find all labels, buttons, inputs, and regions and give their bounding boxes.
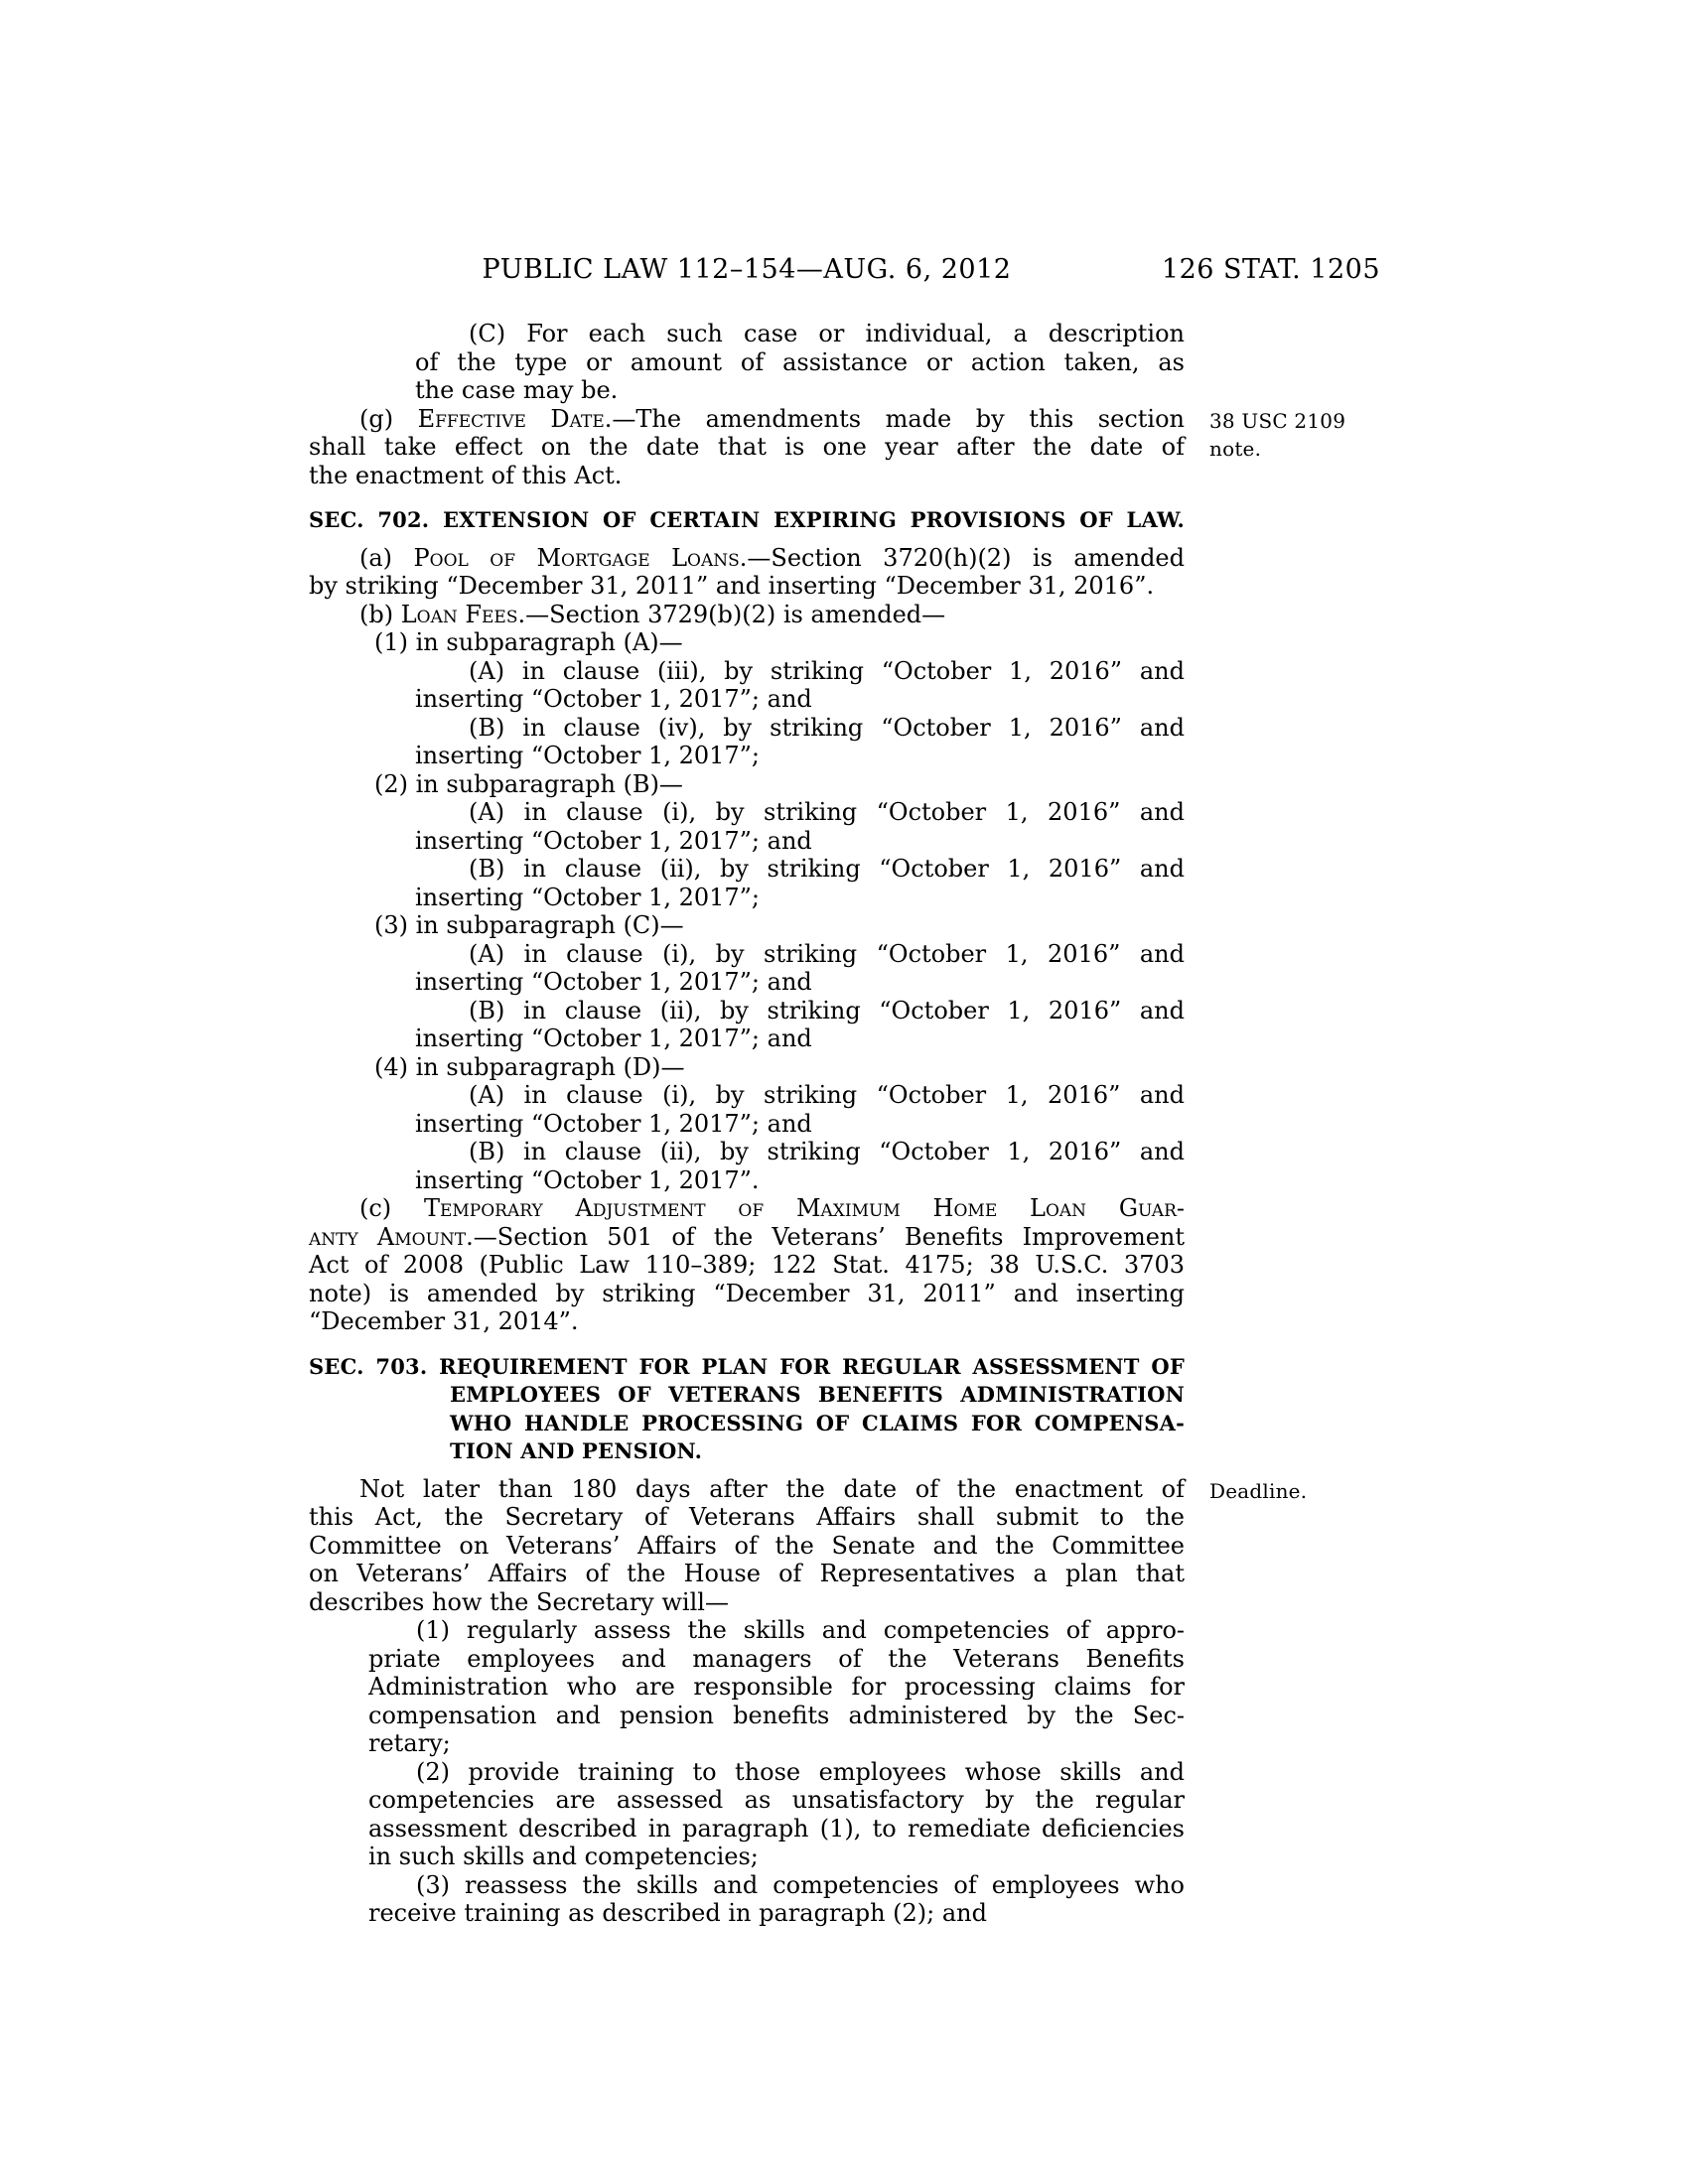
text-segment: SEC. 702. EXTENSION OF CERTAIN EXPIRING … xyxy=(309,507,1185,532)
text-segment: Not later than 180 days after the date o… xyxy=(359,1475,1185,1503)
text-segment: (A) in clause (iii), by striking “Octobe… xyxy=(469,657,1185,685)
document-page: PUBLIC LAW 112–154—AUG. 6, 2012 126 STAT… xyxy=(0,0,1688,2184)
text-segment: (c) T xyxy=(359,1194,440,1222)
text-segment: inserting “October 1, 2017”; and xyxy=(415,685,812,713)
body-line: (1) in subparagraph (A)— xyxy=(309,628,1185,657)
text-segment: Administration who are responsible for p… xyxy=(368,1673,1185,1701)
text-segment: WHO HANDLE PROCESSING OF CLAIMS FOR COMP… xyxy=(450,1411,1185,1435)
body-line: the enactment of this Act. xyxy=(309,462,1185,490)
section-heading-line: TION AND PENSION. xyxy=(309,1437,1185,1466)
text-segment: (3) reassess the skills and competencies… xyxy=(416,1871,1185,1899)
text-segment: (a) P xyxy=(359,544,430,572)
text-segment: shall take effect on the date that is on… xyxy=(309,433,1185,461)
text-segment: inserting “October 1, 2017”. xyxy=(415,1166,760,1194)
body-line: assessment described in paragraph (1), t… xyxy=(309,1815,1185,1843)
body-line: (A) in clause (i), by striking “October … xyxy=(309,798,1185,827)
text-segment: .—Section 3729(b)(2) is amended— xyxy=(518,601,946,628)
body-line: Administration who are responsible for p… xyxy=(309,1673,1185,1702)
section-heading-line: WHO HANDLE PROCESSING OF CLAIMS FOR COMP… xyxy=(309,1410,1185,1438)
text-segment: (C) For each such case or individual, a … xyxy=(469,320,1185,347)
body-line: on Veterans’ Affairs of the House of Rep… xyxy=(309,1560,1185,1588)
body-line: (A) in clause (iii), by striking “Octobe… xyxy=(309,657,1185,686)
body-line: inserting “October 1, 2017”; and xyxy=(309,827,1185,856)
section-heading-line: EMPLOYEES OF VETERANS BENEFITS ADMINISTR… xyxy=(309,1381,1185,1410)
body-line: note) is amended by striking “December 3… xyxy=(309,1280,1185,1308)
body-line: Committee on Veterans’ Affairs of the Se… xyxy=(309,1532,1185,1561)
body-line: (a) Pool of Mortgage Loans.—Section 3720… xyxy=(309,544,1185,573)
text-segment: retary; xyxy=(368,1729,451,1757)
body-line: inserting “October 1, 2017”; and xyxy=(309,1110,1185,1139)
text-segment: “December 31, 2014”. xyxy=(309,1307,579,1335)
text-column: (C) For each such case or individual, a … xyxy=(309,320,1185,1928)
body-line: Not later than 180 days after the date o… xyxy=(309,1475,1185,1504)
body-line: (g) Effective Date.—The amendments made … xyxy=(309,405,1185,434)
text-segment: (B) in clause (ii), by striking “October… xyxy=(469,997,1185,1024)
text-segment: .—Section 501 of the Veterans’ Benefits … xyxy=(466,1223,1185,1251)
body-line: (3) in subparagraph (C)— xyxy=(309,911,1185,940)
text-segment: inserting “October 1, 2017”; and xyxy=(415,968,812,996)
text-segment: (2) provide training to those employees … xyxy=(416,1758,1185,1786)
body-line: (b) Loan Fees.—Section 3729(b)(2) is ame… xyxy=(309,601,1185,629)
body-line: (A) in clause (i), by striking “October … xyxy=(309,1081,1185,1110)
body-line: receive training as described in paragra… xyxy=(309,1899,1185,1928)
body-line: (1) regularly assess the skills and comp… xyxy=(309,1616,1185,1645)
text-segment: (B) in clause (iv), by striking “October… xyxy=(469,714,1185,742)
text-segment: describes how the Secretary will— xyxy=(309,1588,729,1616)
body-line: in such skills and competencies; xyxy=(309,1843,1185,1871)
text-segment: on Veterans’ Affairs of the House of Rep… xyxy=(309,1560,1185,1587)
text-segment: (g) E xyxy=(359,405,435,433)
small-caps-text: ool of Mortgage Loans xyxy=(430,544,740,572)
text-segment: (b) L xyxy=(359,601,417,628)
text-segment: (4) in subparagraph (D)— xyxy=(374,1053,685,1081)
text-segment: compensation and pension benefits admini… xyxy=(368,1702,1185,1729)
text-segment: priate employees and managers of the Vet… xyxy=(368,1645,1185,1673)
text-segment: the enactment of this Act. xyxy=(309,462,622,489)
body-line: (3) reassess the skills and competencies… xyxy=(309,1871,1185,1900)
text-segment: (1) in subparagraph (A)— xyxy=(374,628,683,656)
body-line: retary; xyxy=(309,1729,1185,1758)
body-line: inserting “October 1, 2017”; xyxy=(309,742,1185,770)
body-line: inserting “October 1, 2017”. xyxy=(309,1166,1185,1195)
text-segment: inserting “October 1, 2017”; xyxy=(415,884,760,911)
text-segment: Committee on Veterans’ Affairs of the Se… xyxy=(309,1532,1185,1560)
body-line: describes how the Secretary will— xyxy=(309,1588,1185,1617)
small-caps-text: emporary Adjustment of Maximum Home Loan… xyxy=(440,1194,1185,1222)
body-line: (c) Temporary Adjustment of Maximum Home… xyxy=(309,1194,1185,1223)
text-segment: assessment described in paragraph (1), t… xyxy=(368,1815,1185,1843)
text-segment: (1) regularly assess the skills and comp… xyxy=(416,1616,1185,1644)
body-line: (B) in clause (ii), by striking “October… xyxy=(309,1138,1185,1166)
section-heading-line: SEC. 702. EXTENSION OF CERTAIN EXPIRING … xyxy=(309,506,1185,535)
body-line: “December 31, 2014”. xyxy=(309,1307,1185,1336)
page-header-stat-number: 126 STAT. 1205 xyxy=(1162,254,1380,285)
body-line: of the type or amount of assistance or a… xyxy=(309,348,1185,377)
text-segment: (A) in clause (i), by striking “October … xyxy=(469,1081,1185,1109)
text-segment: inserting “October 1, 2017”; xyxy=(415,742,760,769)
text-segment: EMPLOYEES OF VETERANS BENEFITS ADMINISTR… xyxy=(450,1382,1185,1407)
body-line: priate employees and managers of the Vet… xyxy=(309,1645,1185,1674)
body-line: inserting “October 1, 2017”; and xyxy=(309,1024,1185,1053)
text-segment: inserting “October 1, 2017”; and xyxy=(415,1110,812,1138)
text-segment: the case may be. xyxy=(415,376,618,404)
text-segment: TION AND PENSION. xyxy=(450,1438,702,1463)
body-line: by striking “December 31, 2011” and inse… xyxy=(309,572,1185,601)
body-line: (C) For each such case or individual, a … xyxy=(309,320,1185,348)
text-segment: (B) in clause (ii), by striking “October… xyxy=(469,1138,1185,1165)
text-segment: (3) in subparagraph (C)— xyxy=(374,911,684,939)
body-line: Act of 2008 (Public Law 110–389; 122 Sta… xyxy=(309,1251,1185,1280)
body-line: compensation and pension benefits admini… xyxy=(309,1702,1185,1730)
text-segment: inserting “October 1, 2017”; and xyxy=(415,827,812,855)
body-line: the case may be. xyxy=(309,376,1185,405)
text-segment: .—The amendments made by this section xyxy=(605,405,1185,433)
body-line: inserting “October 1, 2017”; and xyxy=(309,685,1185,714)
text-segment: this Act, the Secretary of Veterans Affa… xyxy=(309,1503,1185,1531)
small-caps-text: ffective Date xyxy=(435,405,605,433)
body-line: competencies are assessed as unsatisfact… xyxy=(309,1786,1185,1815)
text-segment: note) is amended by striking “December 3… xyxy=(309,1280,1185,1307)
text-segment: (A) in clause (i), by striking “October … xyxy=(469,940,1185,968)
margin-note: Deadline. xyxy=(1209,1478,1438,1504)
body-line: this Act, the Secretary of Veterans Affa… xyxy=(309,1503,1185,1532)
text-segment: in such skills and competencies; xyxy=(368,1843,759,1870)
body-line: (B) in clause (iv), by striking “October… xyxy=(309,714,1185,743)
small-caps-text: oan Fees xyxy=(417,601,518,628)
body-line: inserting “October 1, 2017”; xyxy=(309,884,1185,912)
text-segment: Act of 2008 (Public Law 110–389; 122 Sta… xyxy=(309,1251,1185,1279)
text-segment: (2) in subparagraph (B)— xyxy=(374,770,683,798)
text-segment: (B) in clause (ii), by striking “October… xyxy=(469,855,1185,883)
body-line: (2) in subparagraph (B)— xyxy=(309,770,1185,799)
body-line: inserting “October 1, 2017”; and xyxy=(309,968,1185,997)
page-header-law-title: PUBLIC LAW 112–154—AUG. 6, 2012 xyxy=(309,254,1185,285)
body-line: (4) in subparagraph (D)— xyxy=(309,1053,1185,1082)
margin-note: note. xyxy=(1209,436,1438,462)
text-segment: by striking “December 31, 2011” and inse… xyxy=(309,572,1154,600)
section-heading-line: SEC. 703. REQUIREMENT FOR PLAN FOR REGUL… xyxy=(309,1353,1185,1382)
margin-note: 38 USC 2109 xyxy=(1209,408,1438,434)
body-line: anty Amount.—Section 501 of the Veterans… xyxy=(309,1223,1185,1252)
body-line: shall take effect on the date that is on… xyxy=(309,433,1185,462)
body-line: (B) in clause (ii), by striking “October… xyxy=(309,997,1185,1025)
text-segment: .—Section 3720(h)(2) is amended xyxy=(740,544,1185,572)
small-caps-text: anty Amount xyxy=(309,1223,466,1251)
text-segment: receive training as described in paragra… xyxy=(368,1899,987,1927)
text-segment: competencies are assessed as unsatisfact… xyxy=(368,1786,1185,1814)
text-segment: SEC. 703. REQUIREMENT FOR PLAN FOR REGUL… xyxy=(309,1354,1185,1379)
text-segment: (A) in clause (i), by striking “October … xyxy=(469,798,1185,826)
body-line: (A) in clause (i), by striking “October … xyxy=(309,940,1185,969)
body-line: (B) in clause (ii), by striking “October… xyxy=(309,855,1185,884)
text-segment: inserting “October 1, 2017”; and xyxy=(415,1024,812,1052)
body-line: (2) provide training to those employees … xyxy=(309,1758,1185,1787)
text-segment: of the type or amount of assistance or a… xyxy=(415,348,1185,376)
